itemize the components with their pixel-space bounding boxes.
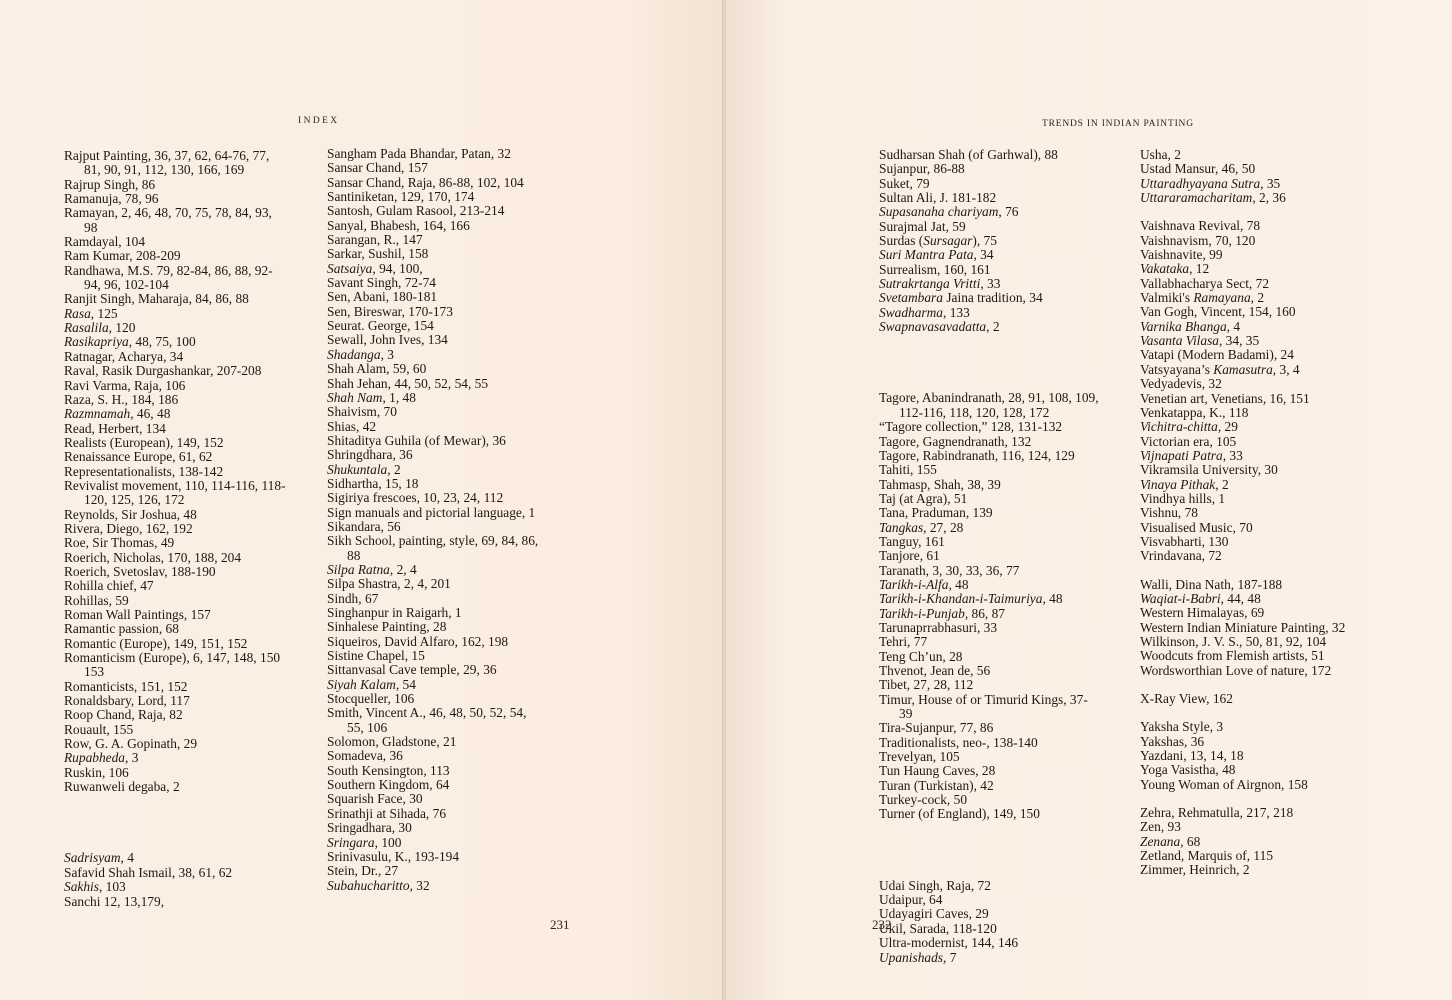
index-entry: Sujanpur, 86-88 (879, 162, 1099, 176)
index-entry: Siqueiros, David Alfaro, 162, 198 (327, 635, 538, 649)
index-entry: Vedyadevis, 32 (1140, 377, 1345, 391)
index-entry: South Kensington, 113 (327, 764, 538, 778)
index-entry: Tarikh-i-Punjab, 86, 87 (879, 607, 1099, 621)
index-entry: Sindh, 67 (327, 592, 538, 606)
index-entry: Wordsworthian Love of nature, 172 (1140, 664, 1345, 678)
index-entry: Shitaditya Guhila (of Mewar), 36 (327, 434, 538, 448)
index-entry: Sanchi 12, 13,179, (64, 895, 286, 909)
index-entry: Vasanta Vilasa, 34, 35 (1140, 334, 1345, 348)
index-entry: Trevelyan, 105 (879, 750, 1099, 764)
index-entry: Sanyal, Bhabesh, 164, 166 (327, 219, 538, 233)
index-entry: Realists (European), 149, 152 (64, 436, 286, 450)
index-entry: Silpa Shastra, 2, 4, 201 (327, 577, 538, 591)
index-entry: Teng Ch’un, 28 (879, 650, 1099, 664)
index-entry: Zenana, 68 (1140, 835, 1345, 849)
index-entry: Ramantic passion, 68 (64, 622, 286, 636)
index-entry: Timur, House of or Timurid Kings, 37-39 (879, 693, 1099, 722)
index-entry: Sansar Chand, 157 (327, 161, 538, 175)
index-entry: Stein, Dr., 27 (327, 864, 538, 878)
index-entry: Vindhya hills, 1 (1140, 492, 1345, 506)
index-entry: Sutrakrtanga Vritti, 33 (879, 277, 1099, 291)
index-entry: Srinivasulu, K., 193-194 (327, 850, 538, 864)
section-gap (1140, 792, 1345, 806)
index-entry: Tangkas, 27, 28 (879, 521, 1099, 535)
index-entry: Tarikh-i-Alfa, 48 (879, 578, 1099, 592)
index-entry: Sign manuals and pictorial language, 1 (327, 506, 538, 520)
index-entry: Yoga Vasistha, 48 (1140, 763, 1345, 777)
index-entry: Uttararamacharitam, 2, 36 (1140, 191, 1345, 205)
index-entry: Revivalist movement, 110, 114-116, 118-1… (64, 479, 286, 508)
index-entry: Shadanga, 3 (327, 348, 538, 362)
index-entry: Zen, 93 (1140, 820, 1345, 834)
index-entry: Roe, Sir Thomas, 49 (64, 536, 286, 550)
index-entry: Shringdhara, 36 (327, 448, 538, 462)
index-entry: Young Woman of Airgnon, 158 (1140, 778, 1345, 792)
index-entry: Shias, 42 (327, 420, 538, 434)
index-entry: Ratnagar, Acharya, 34 (64, 350, 286, 364)
index-entry: Turkey-cock, 50 (879, 793, 1099, 807)
index-entry: Shah Alam, 59, 60 (327, 362, 538, 376)
index-entry: Western Indian Miniature Painting, 32 (1140, 621, 1345, 635)
index-entry: Surajmal Jat, 59 (879, 220, 1099, 234)
index-entry: Tanjore, 61 (879, 549, 1099, 563)
index-entry: Yakshas, 36 (1140, 735, 1345, 749)
index-entry: Rasa, 125 (64, 307, 286, 321)
index-entry: Renaissance Europe, 61, 62 (64, 450, 286, 464)
index-entry: Tagore, Abanindranath, 28, 91, 108, 109,… (879, 391, 1099, 420)
index-entry: Raza, S. H., 184, 186 (64, 393, 286, 407)
index-entry: Sangham Pada Bhandar, Patan, 32 (327, 147, 538, 161)
index-entry: Somadeva, 36 (327, 749, 538, 763)
index-entry: Vakataka, 12 (1140, 262, 1345, 276)
index-entry: Ustad Mansur, 46, 50 (1140, 162, 1345, 176)
index-entry: Sittanvasal Cave temple, 29, 36 (327, 663, 538, 677)
index-entry: Woodcuts from Flemish artists, 51 (1140, 649, 1345, 663)
index-entry: Wilkinson, J. V. S., 50, 81, 92, 104 (1140, 635, 1345, 649)
index-entry: X-Ray View, 162 (1140, 692, 1345, 706)
index-entry: Sarkar, Sushil, 158 (327, 247, 538, 261)
index-entry: Vrindavana, 72 (1140, 549, 1345, 563)
index-entry: Tagore, Gagnendranath, 132 (879, 435, 1099, 449)
section-gap (64, 794, 286, 851)
index-entry: Sringadhara, 30 (327, 821, 538, 835)
index-entry: Ukil, Sarada, 118-120 (879, 922, 1099, 936)
index-entry: Sewall, John Ives, 134 (327, 333, 538, 347)
index-entry: Raval, Rasik Durgashankar, 207-208 (64, 364, 286, 378)
index-entry: Vijnapati Patra, 33 (1140, 449, 1345, 463)
right-page: TRENDS IN INDIAN PAINTING Sudharsan Shah… (726, 0, 1452, 1000)
index-entry: Rasalila, 120 (64, 321, 286, 335)
index-entry: Roerich, Nicholas, 170, 188, 204 (64, 551, 286, 565)
index-entry: Venetian art, Venetians, 16, 151 (1140, 392, 1345, 406)
index-entry: Svetambara Jaina tradition, 34 (879, 291, 1099, 305)
index-entry: Udaipur, 64 (879, 893, 1099, 907)
index-entry: Row, G. A. Gopinath, 29 (64, 737, 286, 751)
index-entry: “Tagore collection,” 128, 131-132 (879, 420, 1099, 434)
index-entry: Sadrisyam, 4 (64, 851, 286, 865)
index-entry: Sen, Bireswar, 170-173 (327, 305, 538, 319)
index-entry: Ramayan, 2, 46, 48, 70, 75, 78, 84, 93,9… (64, 206, 286, 235)
index-entry: Santiniketan, 129, 170, 174 (327, 190, 538, 204)
index-entry: Rupabheda, 3 (64, 751, 286, 765)
index-entry: Rivera, Diego, 162, 192 (64, 522, 286, 536)
index-entry: Sistine Chapel, 15 (327, 649, 538, 663)
index-entry: Singhanpur in Raigarh, 1 (327, 606, 538, 620)
index-entry: Suket, 79 (879, 177, 1099, 191)
index-entry: Swadharma, 133 (879, 306, 1099, 320)
index-entry: Romanticism (Europe), 6, 147, 148, 15015… (64, 651, 286, 680)
section-gap (1140, 706, 1345, 720)
index-entry: Thvenot, Jean de, 56 (879, 664, 1099, 678)
index-entry: Valmiki's Ramayana, 2 (1140, 291, 1345, 305)
index-entry: Safavid Shah Ismail, 38, 61, 62 (64, 866, 286, 880)
index-entry: Vikramsila University, 30 (1140, 463, 1345, 477)
index-entry: Udai Singh, Raja, 72 (879, 879, 1099, 893)
section-gap (1140, 205, 1345, 219)
index-entry: Van Gogh, Vincent, 154, 160 (1140, 305, 1345, 319)
index-entry: Udayagiri Caves, 29 (879, 907, 1099, 921)
index-entry: Yaksha Style, 3 (1140, 720, 1345, 734)
index-entry: Tagore, Rabindranath, 116, 124, 129 (879, 449, 1099, 463)
index-entry: Visualised Music, 70 (1140, 521, 1345, 535)
index-entry: Traditionalists, neo-, 138-140 (879, 736, 1099, 750)
index-entry: Victorian era, 105 (1140, 435, 1345, 449)
index-entry: Ranjit Singh, Maharaja, 84, 86, 88 (64, 292, 286, 306)
index-entry: Razmnamah, 46, 48 (64, 407, 286, 421)
index-entry: Zetland, Marquis of, 115 (1140, 849, 1345, 863)
index-entry: Vaishnava Revival, 78 (1140, 219, 1345, 233)
index-entry: Rohilla chief, 47 (64, 579, 286, 593)
index-entry: Supasanaha chariyam, 76 (879, 205, 1099, 219)
index-entry: Walli, Dina Nath, 187-188 (1140, 578, 1345, 592)
index-entry: Vallabhacharya Sect, 72 (1140, 277, 1345, 291)
left-page: INDEX Rajput Painting, 36, 37, 62, 64-76… (0, 0, 724, 1000)
index-entry: Tana, Praduman, 139 (879, 506, 1099, 520)
index-entry: Tarunaprrabhasuri, 33 (879, 621, 1099, 635)
index-entry: Satsaiya, 94, 100, (327, 262, 538, 276)
index-entry: Waqiat-i-Babri, 44, 48 (1140, 592, 1345, 606)
index-entry: Smith, Vincent A., 46, 48, 50, 52, 54,55… (327, 706, 538, 735)
index-entry: Sidhartha, 15, 18 (327, 477, 538, 491)
index-entry: Suri Mantra Pata, 34 (879, 248, 1099, 262)
index-entry: Vaishnavism, 70, 120 (1140, 234, 1345, 248)
index-entry: Sakhis, 103 (64, 880, 286, 894)
index-entry: Ronaldsbary, Lord, 117 (64, 694, 286, 708)
index-entry: Rajput Painting, 36, 37, 62, 64-76, 77,8… (64, 149, 286, 178)
index-entry: Usha, 2 (1140, 148, 1345, 162)
index-entry: Ruskin, 106 (64, 766, 286, 780)
index-entry: Taj (at Agra), 51 (879, 492, 1099, 506)
index-entry: Read, Herbert, 134 (64, 422, 286, 436)
index-entry: Sen, Abani, 180-181 (327, 290, 538, 304)
index-entry: Sansar Chand, Raja, 86-88, 102, 104 (327, 176, 538, 190)
index-entry: Tira-Sujanpur, 77, 86 (879, 721, 1099, 735)
index-entry: Ramdayal, 104 (64, 235, 286, 249)
index-entry: Randhawa, M.S. 79, 82-84, 86, 88, 92-94,… (64, 264, 286, 293)
index-entry: Ultra-modernist, 144, 146 (879, 936, 1099, 950)
index-entry: Sikandara, 56 (327, 520, 538, 534)
section-gap (1140, 564, 1345, 578)
index-column: Sudharsan Shah (of Garhwal), 88Sujanpur,… (879, 148, 1099, 965)
index-entry: Taranath, 3, 30, 33, 36, 77 (879, 564, 1099, 578)
running-head: INDEX (298, 116, 340, 126)
index-entry: Surrealism, 160, 161 (879, 263, 1099, 277)
index-entry: Rasikapriya, 48, 75, 100 (64, 335, 286, 349)
index-entry: Vatsyayana’s Kamasutra, 3, 4 (1140, 363, 1345, 377)
index-entry: Turner (of England), 149, 150 (879, 807, 1099, 821)
index-entry: Vinaya Pithak, 2 (1140, 478, 1345, 492)
index-entry: Subahucharitto, 32 (327, 879, 538, 893)
index-entry: Roman Wall Paintings, 157 (64, 608, 286, 622)
index-entry: Rouault, 155 (64, 723, 286, 737)
index-entry: Vatapi (Modern Badami), 24 (1140, 348, 1345, 362)
index-entry: Rohillas, 59 (64, 594, 286, 608)
index-entry: Yazdani, 13, 14, 18 (1140, 749, 1345, 763)
page-number: 231 (550, 917, 570, 933)
index-entry: Srinathji at Sihada, 76 (327, 807, 538, 821)
index-entry: Vishnu, 78 (1140, 506, 1345, 520)
index-entry: Western Himalayas, 69 (1140, 606, 1345, 620)
index-entry: Stocqueller, 106 (327, 692, 538, 706)
section-gap (879, 822, 1099, 879)
index-entry: Sarangan, R., 147 (327, 233, 538, 247)
index-entry: Varnika Bhanga, 4 (1140, 320, 1345, 334)
index-entry: Venkatappa, K., 118 (1140, 406, 1345, 420)
index-entry: Siyah Kalam, 54 (327, 678, 538, 692)
index-entry: Southern Kingdom, 64 (327, 778, 538, 792)
index-entry: Zehra, Rehmatulla, 217, 218 (1140, 806, 1345, 820)
index-entry: Ram Kumar, 208-209 (64, 249, 286, 263)
index-entry: Ramanuja, 78, 96 (64, 192, 286, 206)
index-entry: Tanguy, 161 (879, 535, 1099, 549)
index-entry: Ruwanweli degaba, 2 (64, 780, 286, 794)
index-entry: Sikh School, painting, style, 69, 84, 86… (327, 534, 538, 563)
index-entry: Shaivism, 70 (327, 405, 538, 419)
index-entry: Sinhalese Painting, 28 (327, 620, 538, 634)
index-entry: Santosh, Gulam Rasool, 213-214 (327, 204, 538, 218)
section-gap (1140, 678, 1345, 692)
index-entry: Turan (Turkistan), 42 (879, 779, 1099, 793)
index-entry: Zimmer, Heinrich, 2 (1140, 863, 1345, 877)
index-entry: Representationalists, 138-142 (64, 465, 286, 479)
index-entry: Sigiriya frescoes, 10, 23, 24, 112 (327, 491, 538, 505)
index-entry: Shukuntala, 2 (327, 463, 538, 477)
index-entry: Solomon, Gladstone, 21 (327, 735, 538, 749)
index-entry: Uttaradhyayana Sutra, 35 (1140, 177, 1345, 191)
index-entry: Surdas (Sursagar), 75 (879, 234, 1099, 248)
index-entry: Swapnavasavadatta, 2 (879, 320, 1099, 334)
index-entry: Tahmasp, Shah, 38, 39 (879, 478, 1099, 492)
index-entry: Silpa Ratna, 2, 4 (327, 563, 538, 577)
index-entry: Rajrup Singh, 86 (64, 178, 286, 192)
index-entry: Tahiti, 155 (879, 463, 1099, 477)
index-entry: Reynolds, Sir Joshua, 48 (64, 508, 286, 522)
index-entry: Upanishads, 7 (879, 951, 1099, 965)
section-gap (879, 334, 1099, 391)
index-entry: Tun Haung Caves, 28 (879, 764, 1099, 778)
index-entry: Vaishnavite, 99 (1140, 248, 1345, 262)
index-entry: Sringara, 100 (327, 836, 538, 850)
index-entry: Tehri, 77 (879, 635, 1099, 649)
index-entry: Shah Nam, 1, 48 (327, 391, 538, 405)
index-column: Rajput Painting, 36, 37, 62, 64-76, 77,8… (64, 149, 286, 909)
running-head: TRENDS IN INDIAN PAINTING (1042, 119, 1194, 129)
index-column: Sangham Pada Bhandar, Patan, 32Sansar Ch… (327, 147, 538, 893)
index-entry: Romantic (Europe), 149, 151, 152 (64, 637, 286, 651)
index-entry: Squarish Face, 30 (327, 792, 538, 806)
index-entry: Visvabharti, 130 (1140, 535, 1345, 549)
index-entry: Savant Singh, 72-74 (327, 276, 538, 290)
index-entry: Sudharsan Shah (of Garhwal), 88 (879, 148, 1099, 162)
index-column: Usha, 2Ustad Mansur, 46, 50Uttaradhyayan… (1140, 148, 1345, 878)
index-entry: Ravi Varma, Raja, 106 (64, 379, 286, 393)
index-entry: Romanticists, 151, 152 (64, 680, 286, 694)
index-entry: Tibet, 27, 28, 112 (879, 678, 1099, 692)
index-entry: Seurat. George, 154 (327, 319, 538, 333)
index-entry: Sultan Ali, J. 181-182 (879, 191, 1099, 205)
index-entry: Shah Jehan, 44, 50, 52, 54, 55 (327, 377, 538, 391)
index-entry: Vichitra-chitta, 29 (1140, 420, 1345, 434)
page-number: 232 (872, 917, 892, 933)
index-entry: Tarikh-i-Khandan-i-Taimuriya, 48 (879, 592, 1099, 606)
index-entry: Roop Chand, Raja, 82 (64, 708, 286, 722)
index-entry: Roerich, Svetoslav, 188-190 (64, 565, 286, 579)
